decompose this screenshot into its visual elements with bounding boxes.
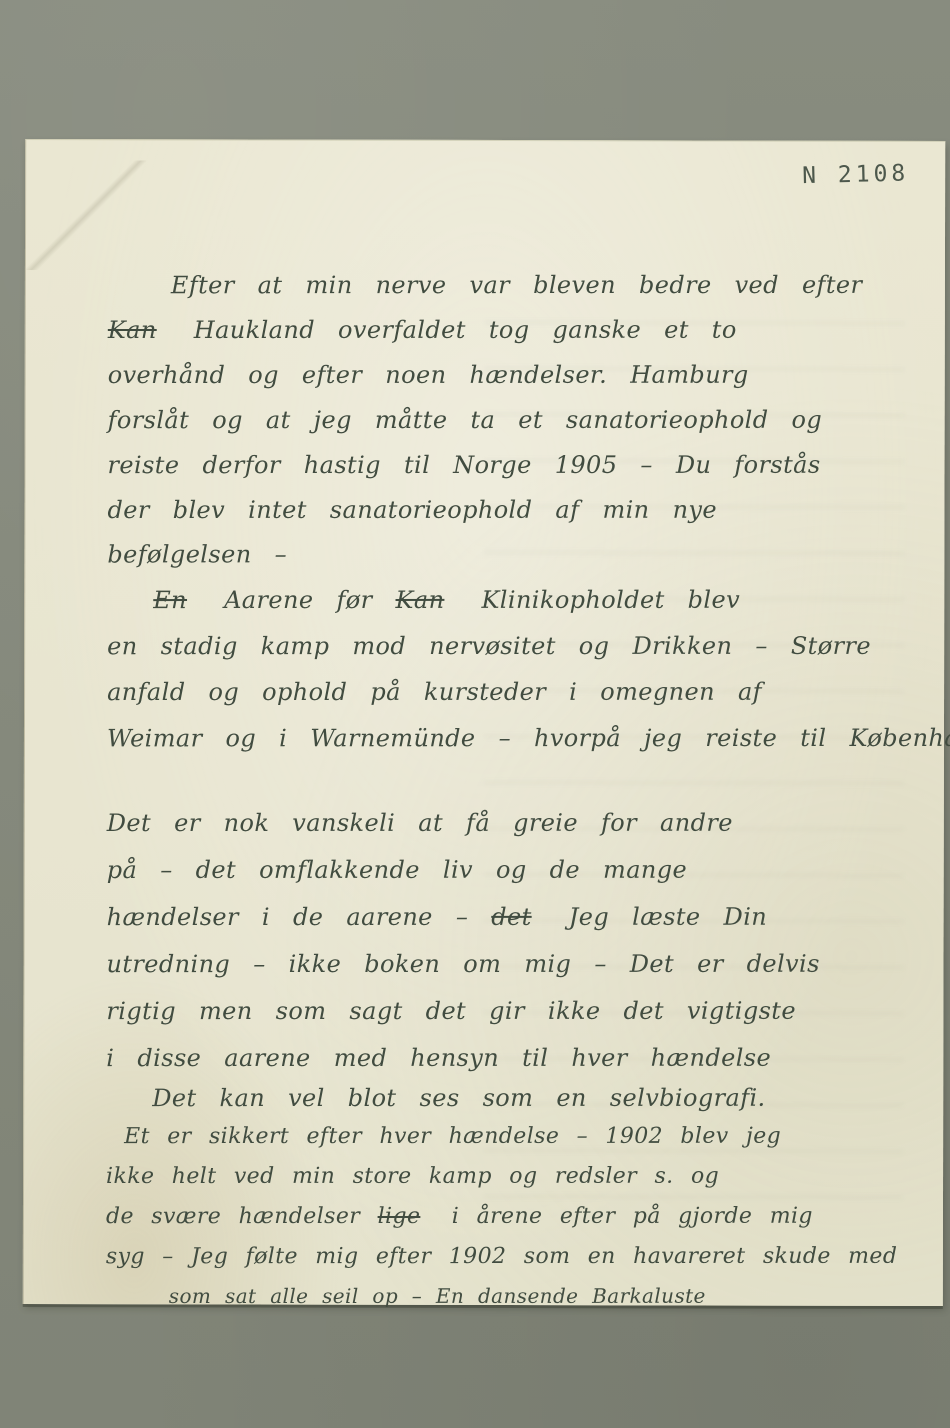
- handwriting-line: hændelser i de aarene – det Jeg læste Di…: [107, 903, 768, 931]
- manuscript-paper: N 2108 Efter at min nerve var bleven bed…: [23, 139, 945, 1306]
- handwriting-text: Klinikopholdet blev: [481, 586, 740, 614]
- paper-crease: [26, 160, 146, 270]
- archive-note-number: N 2108: [802, 160, 910, 189]
- handwriting-text: syg – Jeg følte mig efter 1902 som en ha…: [106, 1244, 897, 1269]
- handwriting-text: utredning – ikke boken om mig – Det er d…: [106, 950, 819, 978]
- handwriting-text: reiste derfor hastig til Norge 1905 – Du…: [108, 451, 821, 479]
- handwriting-line: befølgelsen –: [107, 540, 287, 568]
- handwriting-line: Efter at min nerve var bleven bedre ved …: [171, 271, 862, 299]
- struck-word: Kan: [396, 586, 445, 614]
- handwriting-text: Weimar og i Warnemünde – hvorpå jeg reis…: [107, 724, 950, 752]
- struck-word: Kan: [108, 316, 157, 344]
- handwriting-line: en stadig kamp mod nervøsitet og Drikken…: [107, 632, 871, 660]
- handwriting-text: Haukland overfaldet tog ganske et to: [194, 316, 737, 344]
- handwriting-text: som sat alle seil op – En dansende Barka…: [169, 1284, 706, 1308]
- handwriting-line: Et er sikkert efter hver hændelse – 1902…: [124, 1124, 781, 1149]
- handwriting-line: som sat alle seil op – En dansende Barka…: [169, 1284, 706, 1308]
- handwriting-text: anfald og ophold på kursteder i omegnen …: [107, 678, 762, 706]
- handwriting-text: en stadig kamp mod nervøsitet og Drikken…: [107, 632, 871, 660]
- handwriting-text: der blev intet sanatorieophold af min ny…: [107, 496, 717, 524]
- handwriting-text: forslåt og at jeg måtte ta et sanatorieo…: [108, 406, 823, 434]
- handwriting-line: forslåt og at jeg måtte ta et sanatorieo…: [108, 406, 823, 434]
- handwriting-line: der blev intet sanatorieophold af min ny…: [107, 496, 717, 524]
- handwriting-line: Weimar og i Warnemünde – hvorpå jeg reis…: [107, 724, 950, 752]
- handwriting-line: overhånd og efter noen hændelser. Hambur…: [108, 361, 749, 389]
- handwriting-text: overhånd og efter noen hændelser. Hambur…: [108, 361, 749, 389]
- handwriting-line: ikke helt ved min store kamp og redsler …: [106, 1164, 719, 1189]
- handwriting-line: Det er nok vanskeli at få greie for andr…: [107, 809, 733, 837]
- handwriting-block: Efter at min nerve var bleven bedre ved …: [26, 140, 945, 142]
- struck-word: det: [491, 903, 531, 931]
- handwriting-text: Efter at min nerve var bleven bedre ved …: [171, 271, 862, 299]
- handwriting-line: på – det omflakkende liv og de mange: [107, 856, 687, 884]
- handwriting-text: på – det omflakkende liv og de mange: [107, 856, 687, 884]
- handwriting-text: de svære hændelser: [106, 1204, 360, 1229]
- handwriting-text: Det kan vel blot ses som en selvbiografi…: [152, 1084, 765, 1112]
- handwriting-line: de svære hændelser lige i årene efter på…: [106, 1204, 813, 1229]
- handwriting-text: Jeg læste Din: [569, 903, 767, 931]
- handwriting-text: Et er sikkert efter hver hændelse – 1902…: [124, 1124, 781, 1149]
- handwriting-text: Aarene før: [224, 586, 372, 614]
- handwriting-line: En Aarene før Kan Klinikopholdet blev: [153, 586, 740, 614]
- handwriting-line: Det kan vel blot ses som en selvbiografi…: [152, 1084, 765, 1112]
- scanned-document-page: { "scan": { "note_number": "N 2108", "co…: [0, 0, 950, 1428]
- handwriting-text: ikke helt ved min store kamp og redsler …: [106, 1164, 719, 1189]
- handwriting-text: hændelser i de aarene –: [107, 903, 469, 931]
- handwriting-line: utredning – ikke boken om mig – Det er d…: [106, 950, 819, 978]
- handwriting-line: anfald og ophold på kursteder i omegnen …: [107, 678, 762, 706]
- handwriting-text: rigtig men som sagt det gir ikke det vig…: [106, 997, 796, 1025]
- struck-word: En: [153, 586, 187, 614]
- handwriting-line: syg – Jeg følte mig efter 1902 som en ha…: [106, 1244, 897, 1269]
- handwriting-text: befølgelsen –: [107, 540, 287, 568]
- struck-word: lige: [378, 1204, 421, 1229]
- handwriting-text: Det er nok vanskeli at få greie for andr…: [107, 809, 733, 837]
- handwriting-text: i årene efter på gjorde mig: [452, 1204, 813, 1229]
- handwriting-line: i disse aarene med hensyn til hver hænde…: [106, 1044, 771, 1072]
- handwriting-line: rigtig men som sagt det gir ikke det vig…: [106, 997, 796, 1025]
- handwriting-line: Kan Haukland overfaldet tog ganske et to: [108, 316, 737, 344]
- handwriting-text: i disse aarene med hensyn til hver hænde…: [106, 1044, 771, 1072]
- handwriting-line: reiste derfor hastig til Norge 1905 – Du…: [108, 451, 821, 479]
